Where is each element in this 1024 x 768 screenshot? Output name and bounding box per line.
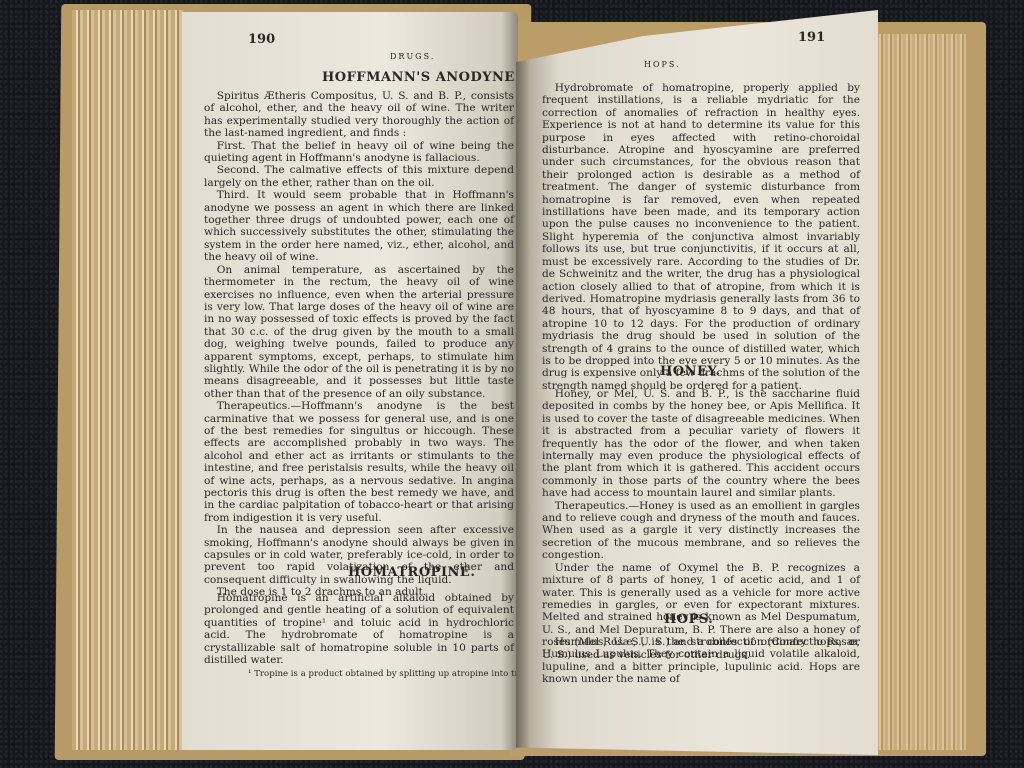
running-head: DRUGS. xyxy=(390,52,435,61)
section-title: HONEY. xyxy=(660,364,721,379)
left-page: 190 DRUGS. HOFFMANN'S ANODYNE. Spiritus … xyxy=(182,12,518,750)
paragraph: Third. It would seem probable that in Ho… xyxy=(204,189,514,263)
paragraph: Spiritus Ætheris Compositus, U. S. and B… xyxy=(204,90,514,140)
section-body: Homatropine is an artificial alkaloid ob… xyxy=(204,592,514,666)
section-body: Humulus, U. S., is the strobiles of ordi… xyxy=(542,636,860,686)
paragraph: Homatropine is an artificial alkaloid ob… xyxy=(204,592,514,666)
paragraph: Therapeutics.—Hoffmann's anodyne is the … xyxy=(204,400,514,524)
page-edges-right xyxy=(876,34,966,750)
page-edges-left xyxy=(72,10,184,750)
paragraph: Therapeutics.—Honey is used as an emolli… xyxy=(542,500,860,562)
section-title: HOFFMANN'S ANODYNE. xyxy=(322,70,518,85)
paragraph: On animal temperature, as ascertained by… xyxy=(204,264,514,400)
page-number: 191 xyxy=(798,30,825,45)
paragraph: Humulus, U. S., is the strobiles of ordi… xyxy=(542,636,860,686)
footnote: ¹ Tropine is a product obtained by split… xyxy=(248,669,518,679)
section-body: Spiritus Ætheris Compositus, U. S. and B… xyxy=(204,90,514,599)
section-title: HOPS. xyxy=(664,612,713,627)
paragraph: Second. The calmative effects of this mi… xyxy=(204,164,514,189)
section-title: HOMATROPINE. xyxy=(348,565,475,580)
page-number: 190 xyxy=(248,32,275,47)
paragraph: Honey, or Mel, U. S. and B. P., is the s… xyxy=(542,388,860,500)
running-head: HOPS. xyxy=(644,60,681,69)
continuation-text: Hydrobromate of homatropine, properly ap… xyxy=(542,82,860,392)
right-page: 191 HOPS. Hydrobromate of homatropine, p… xyxy=(516,10,878,755)
paragraph: Hydrobromate of homatropine, properly ap… xyxy=(542,82,860,392)
paragraph: First. That the belief in heavy oil of w… xyxy=(204,140,514,165)
